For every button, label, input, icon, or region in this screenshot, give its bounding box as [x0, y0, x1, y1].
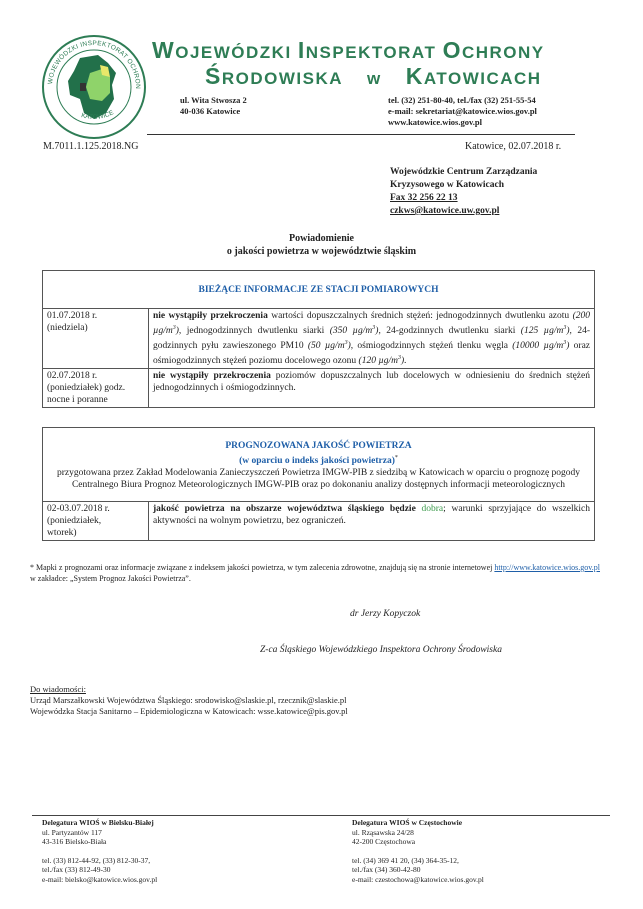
- organization-name-line2: ŚRODOWISKAwKATOWICACH: [205, 63, 542, 90]
- row-date: 01.07.2018 r. (niedziela): [43, 309, 149, 369]
- wios-website-link[interactable]: http://www.katowice.wios.gov.pl: [494, 563, 600, 572]
- table-row: 02-03.07.2018 r. (poniedziałek, wtorek) …: [43, 502, 595, 541]
- recipient-block: Wojewódzkie Centrum Zarządzania Kryzysow…: [390, 166, 537, 218]
- recipient-fax: Fax 32 256 22 13: [390, 192, 537, 205]
- cc-item: Wojewódzka Stacja Sanitarno – Epidemiolo…: [30, 706, 348, 717]
- forecast-table: PROGNOZOWANA JAKOŚĆ POWIETRZA (w oparciu…: [42, 427, 595, 541]
- footnote: * Mapki z prognozami oraz informacje zwi…: [30, 562, 600, 584]
- wios-logo-icon: WOJEWÓDZKI INSPEKTORAT OCHRONY ŚRODOWISK…: [40, 33, 148, 141]
- row-status: nie wystąpiły przekroczenia poziomów dop…: [149, 369, 595, 408]
- footer-divider: [32, 815, 610, 816]
- current-measurements-table: BIEŻĄCE INFORMACJE ZE STACJI POMIAROWYCH…: [42, 270, 595, 408]
- row-date: 02.07.2018 r. (poniedziałek) godz. nocne…: [43, 369, 149, 408]
- branch-czestochowa: Delegatura WIOŚ w Częstochowie ul. Rząsa…: [352, 818, 484, 884]
- table-row: 02.07.2018 r. (poniedziałek) godz. nocne…: [43, 369, 595, 408]
- row-status: nie wystąpiły przekroczenia wartości dop…: [149, 309, 595, 369]
- header-divider: [147, 134, 575, 135]
- branch-bielsko: Delegatura WIOŚ w Bielsku-Białej ul. Par…: [42, 818, 157, 884]
- cc-list: Do wiadomości: Urząd Marszałkowski Wojew…: [30, 684, 348, 717]
- reference-number: M.7011.1.125.2018.NG: [43, 141, 138, 152]
- forecast-subheading: (w oparciu o indeks jakości powietrza): [239, 456, 395, 466]
- air-quality-level: dobra: [422, 504, 444, 514]
- cc-item: Urząd Marszałkowski Województwa Śląskieg…: [30, 695, 348, 706]
- forecast-heading: PROGNOZOWANA JAKOŚĆ POWIETRZA: [49, 440, 588, 452]
- headquarters-address: ul. Wita Stwosza 2 40-036 Katowice: [180, 95, 247, 117]
- table-row: 01.07.2018 r. (niedziela) nie wystąpiły …: [43, 309, 595, 369]
- place-and-date: Katowice, 02.07.2018 r.: [465, 141, 561, 152]
- organization-name-line1: WOJEWÓDZKI INSPEKTORAT OCHRONY: [152, 37, 545, 64]
- forecast-description: przygotowana przez Zakład Modelowania Za…: [49, 467, 588, 491]
- current-measurements-heading: BIEŻĄCE INFORMACJE ZE STACJI POMIAROWYCH: [43, 271, 595, 309]
- forecast-header: PROGNOZOWANA JAKOŚĆ POWIETRZA (w oparciu…: [43, 428, 595, 502]
- notice-title: Powiadomienie o jakości powietrza w woje…: [0, 232, 643, 258]
- forecast-status: jakość powietrza na obszarze województwa…: [149, 502, 595, 541]
- recipient-email[interactable]: czkws@katowice.uw.gov.pl: [390, 205, 537, 218]
- signer-name: dr Jerzy Kopyczok: [350, 609, 420, 619]
- headquarters-contact: tel. (32) 251-80-40, tel./fax (32) 251-5…: [388, 95, 537, 128]
- signer-title: Z-ca Śląskiego Wojewódzkiego Inspektora …: [260, 645, 502, 655]
- row-date: 02-03.07.2018 r. (poniedziałek, wtorek): [43, 502, 149, 541]
